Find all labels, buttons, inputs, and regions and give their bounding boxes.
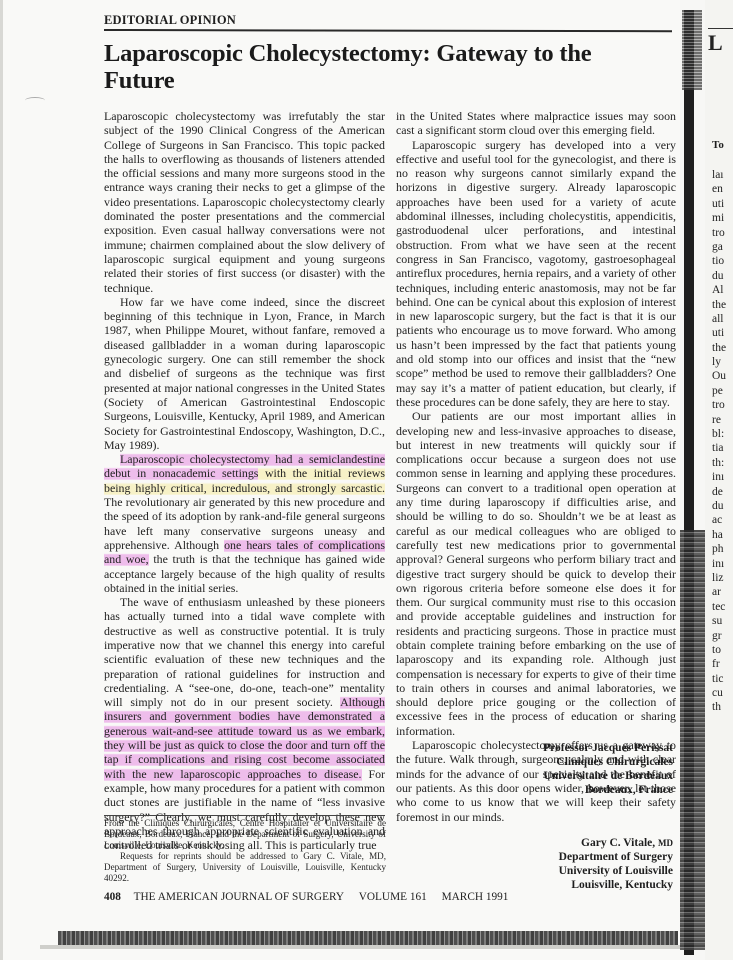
right-column: in the United States where malpractice i…	[396, 109, 676, 824]
text-fragment: fr	[712, 657, 733, 671]
paragraph-3: Laparoscopic cholecystectomy had a semic…	[104, 452, 385, 595]
paragraph-4: The wave of enthusiasm unleashed by thes…	[104, 595, 385, 852]
text-fragment: cu	[712, 686, 733, 700]
text-fragment: ar	[712, 585, 733, 599]
author-location: Louisville, Kentucky	[480, 878, 673, 892]
text-fragment: the	[712, 341, 733, 355]
author-affiliation: Universitaire de Bordeaux	[480, 769, 673, 783]
scan-shadow-band	[58, 931, 678, 945]
author-affiliation: Department of Surgery	[480, 850, 673, 864]
text-fragment: tro	[712, 398, 733, 412]
next-page-rule	[708, 28, 733, 29]
text-fragment: th	[712, 700, 733, 714]
affiliation-note: From the Cliniques Chirurgicales, Centre…	[104, 818, 386, 851]
text-fragment: su	[712, 614, 733, 628]
text-fragment: all	[712, 312, 733, 326]
author-location: Bordeaux, France	[480, 783, 673, 797]
text-fragment: uti	[712, 326, 733, 340]
scan-edge	[40, 945, 680, 949]
author-name: Professor Jacques Perissat	[480, 741, 673, 755]
text-fragment: the	[712, 298, 733, 312]
text-fragment: ly	[712, 355, 733, 369]
page-footer: 408 THE AMERICAN JOURNAL OF SURGERY VOLU…	[104, 891, 508, 903]
scan-noise	[682, 10, 702, 90]
signature-vitale: Gary C. Vitale, MD Department of Surgery…	[480, 836, 673, 892]
text-fragment: inı	[712, 470, 733, 484]
journal-page: EDITORIAL OPINION Laparoscopic Cholecyst…	[0, 0, 680, 960]
text-fragment: ph	[712, 542, 733, 556]
journal-volume: VOLUME 161	[359, 891, 427, 903]
author-name: Gary C. Vitale,	[581, 837, 655, 849]
text-fragment: Al	[712, 283, 733, 297]
text-fragment: Ou	[712, 369, 733, 383]
text-fragment: inı	[712, 557, 733, 571]
scan-artifact	[25, 97, 45, 104]
text-fragment: re	[712, 413, 733, 427]
text-fragment: du	[712, 499, 733, 513]
section-divider	[104, 29, 672, 32]
text-fragment: ga	[712, 240, 733, 254]
next-page-title-fragment: L	[708, 30, 723, 56]
footnote-divider	[104, 815, 385, 816]
text-fragment: en	[712, 182, 733, 196]
paragraph-7: Our patients are our most important alli…	[396, 409, 676, 738]
text-fragment: tia	[712, 441, 733, 455]
section-label: EDITORIAL OPINION	[104, 13, 236, 28]
scan-noise	[680, 530, 708, 950]
text-fragment: ha	[712, 528, 733, 542]
paragraph-5: in the United States where malpractice i…	[396, 109, 676, 138]
text-fragment: liz	[712, 571, 733, 585]
text-fragment: uti	[712, 197, 733, 211]
paragraph-text: The wave of enthusiasm unleashed by thes…	[104, 595, 385, 709]
text-fragment: du	[712, 269, 733, 283]
next-page-heading-fragment: To	[712, 139, 724, 151]
page-number: 408	[104, 891, 121, 903]
text-fragment: tio	[712, 254, 733, 268]
reprints-note: Requests for reprints should be addresse…	[104, 851, 386, 884]
text-fragment: gr	[712, 629, 733, 643]
signature-perissat: Professor Jacques Perissat Cliniques Chi…	[480, 741, 673, 797]
paragraph-1: Laparoscopic cholecystectomy was irrefut…	[104, 109, 385, 295]
text-fragment: de	[712, 485, 733, 499]
footnotes: From the Cliniques Chirurgicales, Centre…	[104, 818, 386, 885]
page-edge	[0, 0, 3, 960]
text-fragment: th:	[712, 456, 733, 470]
paragraph-6: Laparoscopic surgery has developed into …	[396, 138, 676, 410]
author-affiliation: Cliniques Chirurgicales	[480, 755, 673, 769]
left-column: Laparoscopic cholecystectomy was irrefut…	[104, 109, 385, 852]
text-fragment: bl:	[712, 427, 733, 441]
text-fragment: mi	[712, 211, 733, 225]
article-title: Laparoscopic Cholecystectomy: Gateway to…	[104, 40, 644, 94]
author-degree: MD	[658, 838, 673, 848]
text-fragment: to	[712, 643, 733, 657]
text-fragment: pe	[712, 384, 733, 398]
journal-date: MARCH 1991	[442, 891, 509, 903]
paragraph-2: How far we have come indeed, since the d…	[104, 295, 385, 452]
journal-name: THE AMERICAN JOURNAL OF SURGERY	[134, 891, 344, 903]
author-affiliation: University of Louisville	[480, 864, 673, 878]
text-fragment: laı	[712, 168, 733, 182]
text-fragment: tro	[712, 226, 733, 240]
next-page-text-fragments: laıenutimitrogatioduAltheallutithelyOupe…	[712, 168, 733, 715]
text-fragment: tic	[712, 672, 733, 686]
text-fragment: ac	[712, 513, 733, 527]
text-fragment: tec	[712, 600, 733, 614]
